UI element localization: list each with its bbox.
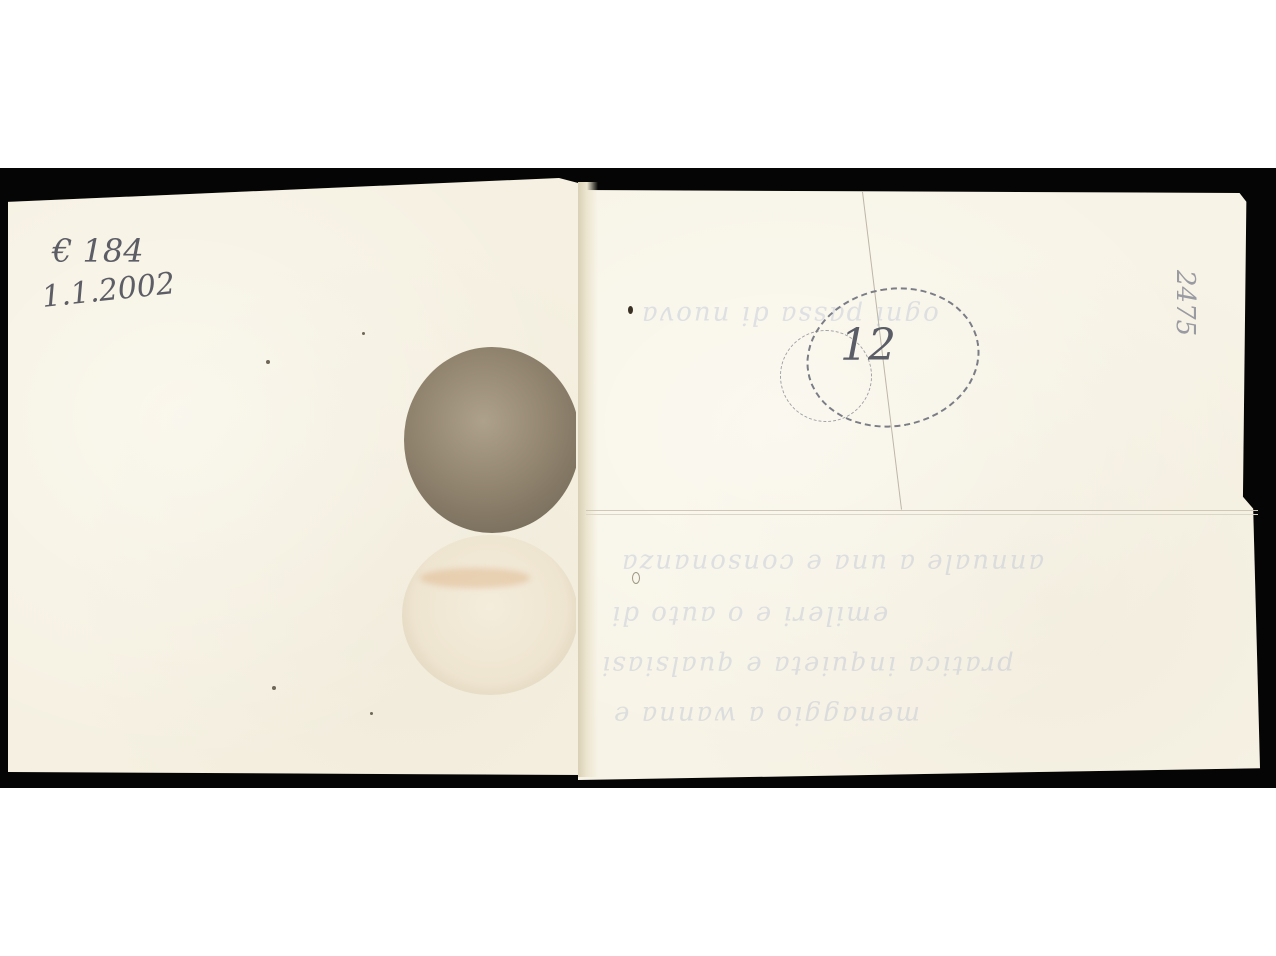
bleed-through-line: annuale a una e consonanza	[620, 548, 1044, 578]
seal-ghost-stain	[402, 535, 578, 695]
paper-speck	[266, 360, 270, 364]
seal-orange-stain	[420, 568, 530, 588]
paper-speck	[370, 712, 373, 715]
paper-hole	[632, 572, 640, 584]
price-annotation: € 184	[52, 232, 144, 270]
paper-speck	[362, 332, 365, 335]
paper-speck	[628, 306, 633, 314]
fold-crease-shadow	[578, 182, 598, 777]
wax-seal-remnant	[404, 347, 580, 533]
circled-number: 12	[840, 320, 896, 371]
flap-edge-line	[586, 510, 1258, 515]
bleed-through-line: emileri e o auto di	[610, 600, 888, 630]
side-number-annotation: 2475	[1170, 270, 1200, 336]
letter-right-panel	[578, 190, 1260, 780]
paper-speck	[272, 686, 276, 690]
bleed-through-line: pratica inquieta e qualsiasi	[600, 650, 1014, 680]
bleed-through-line: menaggio a wanna e	[612, 700, 920, 730]
